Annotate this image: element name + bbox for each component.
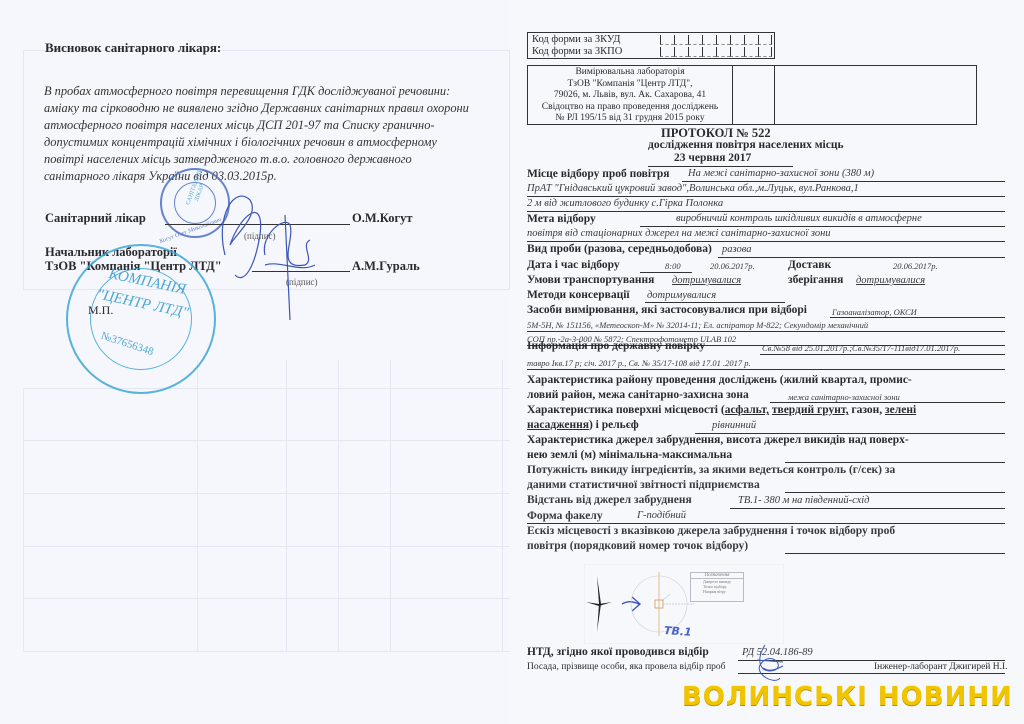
underline — [785, 553, 1005, 554]
surface-label-text: Характеристика поверхні місцевості ( — [527, 404, 725, 416]
watermark-logo: ВОЛИНСЬКІ НОВИНИ — [682, 682, 1013, 712]
preservation-label: Методи консервації — [527, 289, 630, 301]
lab-info-line: № РЛ 195/15 від 31 грудня 2015 року — [528, 113, 732, 125]
code-zkud-label: Код форми за ЗКУД — [532, 34, 620, 45]
lab-info-line: ТзОВ "Компанія "Центр ЛТД", — [528, 79, 732, 91]
code-zkud-cells — [660, 35, 772, 45]
protocol-date: 23 червня 2017 — [674, 152, 751, 164]
underline — [730, 508, 1005, 509]
source-label: ТВ.1 — [664, 624, 693, 639]
underline — [527, 369, 1005, 370]
surface-option-ground: твердий грунт, — [772, 404, 849, 416]
relief-value: рівнинний — [712, 420, 756, 431]
underline — [527, 523, 1005, 524]
storage-value: дотримувалися — [856, 275, 925, 286]
surface-option-green: зелені — [885, 404, 916, 416]
bleed-line — [338, 360, 339, 651]
protocol-subtitle: дослідження повітря населених місць — [648, 139, 844, 151]
emission-label: Потужність викиду інгредієнтів, за якими… — [527, 464, 895, 476]
underline — [785, 492, 1005, 493]
distance-label: Відстань від джерел забрудненя — [527, 494, 692, 506]
bleed-line — [23, 440, 510, 441]
underline — [527, 241, 1005, 242]
verification-value: тавро Ікв.17 р; січ. 2017 р., Св. № 35/1… — [527, 358, 751, 368]
conclusion-line: допустимих концентрацій хімічних і біоло… — [44, 134, 344, 151]
company-stamp: КОМПАНІЯ "ЦЕНТР ЛТД" №37656348 — [66, 244, 216, 394]
transport-value: дотримувалися — [672, 275, 741, 286]
underline — [640, 272, 692, 273]
storage-label: зберігання — [788, 274, 843, 286]
purpose-value: виробничий контроль шкідливих викидів в … — [676, 213, 922, 224]
sources-label: Характеристика джерел забруднення, висот… — [527, 434, 909, 446]
surface-option-lawn: газон, — [849, 404, 886, 416]
purpose-value: повітря від стаціонарних джерел на межі … — [527, 228, 831, 239]
emission-label: даними статистичної звітності підприємст… — [527, 479, 760, 491]
seal-mark: М.П. — [88, 303, 113, 318]
bleed-line — [23, 493, 510, 494]
underline — [527, 331, 1005, 332]
plume-label: Форма факелу — [527, 510, 603, 522]
plume-value: Г-подібний — [637, 510, 686, 521]
sampling-place-value: На межі санітарно-захисної зони (380 м) — [688, 168, 874, 179]
distance-value: ТВ.1- 380 м на південний-схід — [738, 495, 870, 506]
left-page: Висновок санітарного лікаря: В пробах ат… — [0, 0, 510, 724]
transport-label: Умови транспортування — [527, 274, 654, 286]
sanitary-doctor-name: О.М.Когут — [352, 211, 413, 226]
surface-label-text: ) і рельєф — [589, 419, 639, 431]
conclusion-line: аміаку та сірководню не виявлено згідно … — [44, 100, 344, 117]
bleed-line — [502, 360, 503, 651]
lab-info-line: 79026, м. Львів, вул. Ак. Сахарова, 41 — [528, 90, 732, 102]
delivery-label: Доставк — [788, 259, 831, 271]
sampling-place-value: ПрАТ "Гнідавський цукровий завод",Волинс… — [527, 183, 859, 194]
bleed-line — [23, 651, 510, 652]
datetime-label: Дата і час відбору — [527, 259, 620, 271]
sources-label: нею землі (м) мінімальна-максимальна — [527, 449, 732, 461]
lab-header-cell — [733, 66, 775, 124]
underline — [682, 181, 1005, 182]
bleed-line — [286, 360, 287, 651]
sampling-place-label: Місце відбору проб повітря — [527, 168, 670, 180]
bleed-line — [197, 360, 198, 651]
district-label: Характеристика району проведення дослідж… — [527, 374, 912, 386]
sampling-place-value: 2 м від житлового будинку с.Гірка Полонк… — [527, 198, 723, 209]
underline — [785, 462, 1005, 463]
lab-header-box: Вимірювальна лабораторія ТзОВ "Компанія … — [527, 65, 977, 125]
sampler-label: Посада, прізвище особи, яка провела відб… — [527, 662, 726, 672]
datetime-time: 8:00 — [665, 261, 681, 271]
surface-option-asphalt: асфальт, — [725, 404, 769, 416]
district-value: межа санітарно-захисної зони — [788, 392, 900, 402]
sanitary-doctor-label: Санітарний лікар — [45, 211, 146, 226]
lab-head-name: А.М.Гураль — [352, 259, 420, 274]
bleed-line — [390, 360, 391, 651]
legend-item: Напрям вітру — [691, 589, 743, 594]
code-zkpo-cells — [660, 47, 772, 57]
underline — [830, 317, 1005, 318]
verification-label: Інформація про державну повірку — [527, 340, 705, 352]
conclusion-title: Висновок санітарного лікаря: — [45, 40, 221, 56]
surface-option-green: насадження — [527, 419, 589, 431]
conclusion-line: повітрі населених місць затвердженого т.… — [44, 151, 344, 168]
conclusion-line: атмосферного повітря населених місць ДСП… — [44, 117, 344, 134]
bleed-line — [23, 598, 510, 599]
preservation-value: дотримувалися — [647, 290, 716, 301]
lab-info-line: Вимірювальна лабораторія — [528, 67, 732, 79]
sample-type-value: разова — [722, 244, 751, 255]
instruments-value: 5М-5Н, № 151156, «Метеоскоп-М» № 32014-1… — [527, 320, 868, 330]
underline — [640, 226, 1005, 227]
bleed-line — [23, 388, 510, 389]
lab-info: Вимірювальна лабораторія ТзОВ "Компанія … — [528, 66, 733, 124]
instruments-label: Засоби вимірювання, які застосовувалися … — [527, 304, 807, 316]
date-underline — [648, 166, 793, 167]
ntd-label: НТД, згідно якої проводився відбір — [527, 646, 709, 658]
conclusion-line: В пробах атмосферного повітря перевищенн… — [44, 83, 344, 100]
sketch-label: Ескіз місцевості з вказівкою джерела заб… — [527, 525, 895, 537]
bleed-line — [23, 388, 24, 651]
underline — [760, 354, 1005, 355]
underline — [527, 211, 1005, 212]
bleed-line — [23, 546, 510, 547]
lab-info-line: Свідоцтво на право проведення досліджень — [528, 102, 732, 114]
sample-type-label: Вид проби (разова, середньодобова) — [527, 243, 712, 255]
underline — [645, 302, 785, 303]
datetime-date: 20.06.2017р. — [710, 261, 755, 271]
delivery-date: 20.06.2017р. — [893, 261, 938, 271]
underline — [527, 196, 1005, 197]
form-codes: Код форми за ЗКУД Код форми за ЗКПО — [527, 32, 775, 59]
surface-label: Характеристика поверхні місцевості (асфа… — [527, 404, 916, 416]
sketch-label: повітря (порядковий номер точок відбору) — [527, 540, 748, 552]
sampler-value: Інженер-лаборант Джигирей Н.І. — [874, 662, 1008, 672]
lab-header-cell — [775, 66, 976, 124]
instruments-value: Газоаналізатор, ОКСИ — [832, 307, 917, 317]
district-label: ловий район, межа санітарно-захисна зона — [527, 389, 749, 401]
purpose-label: Мета відбору — [527, 213, 596, 225]
underline — [770, 402, 1005, 403]
sketch-legend: Позначення Джерело викиду Точка відбору … — [690, 572, 744, 602]
surface-label: насадження) і рельєф — [527, 419, 639, 431]
verification-value: Св.№58 від 25.01.2017р.;Св.№35/17-111від… — [762, 343, 960, 353]
signature-scribble — [205, 175, 345, 325]
code-zkpo-label: Код форми за ЗКПО — [532, 46, 622, 57]
underline — [718, 257, 1005, 258]
